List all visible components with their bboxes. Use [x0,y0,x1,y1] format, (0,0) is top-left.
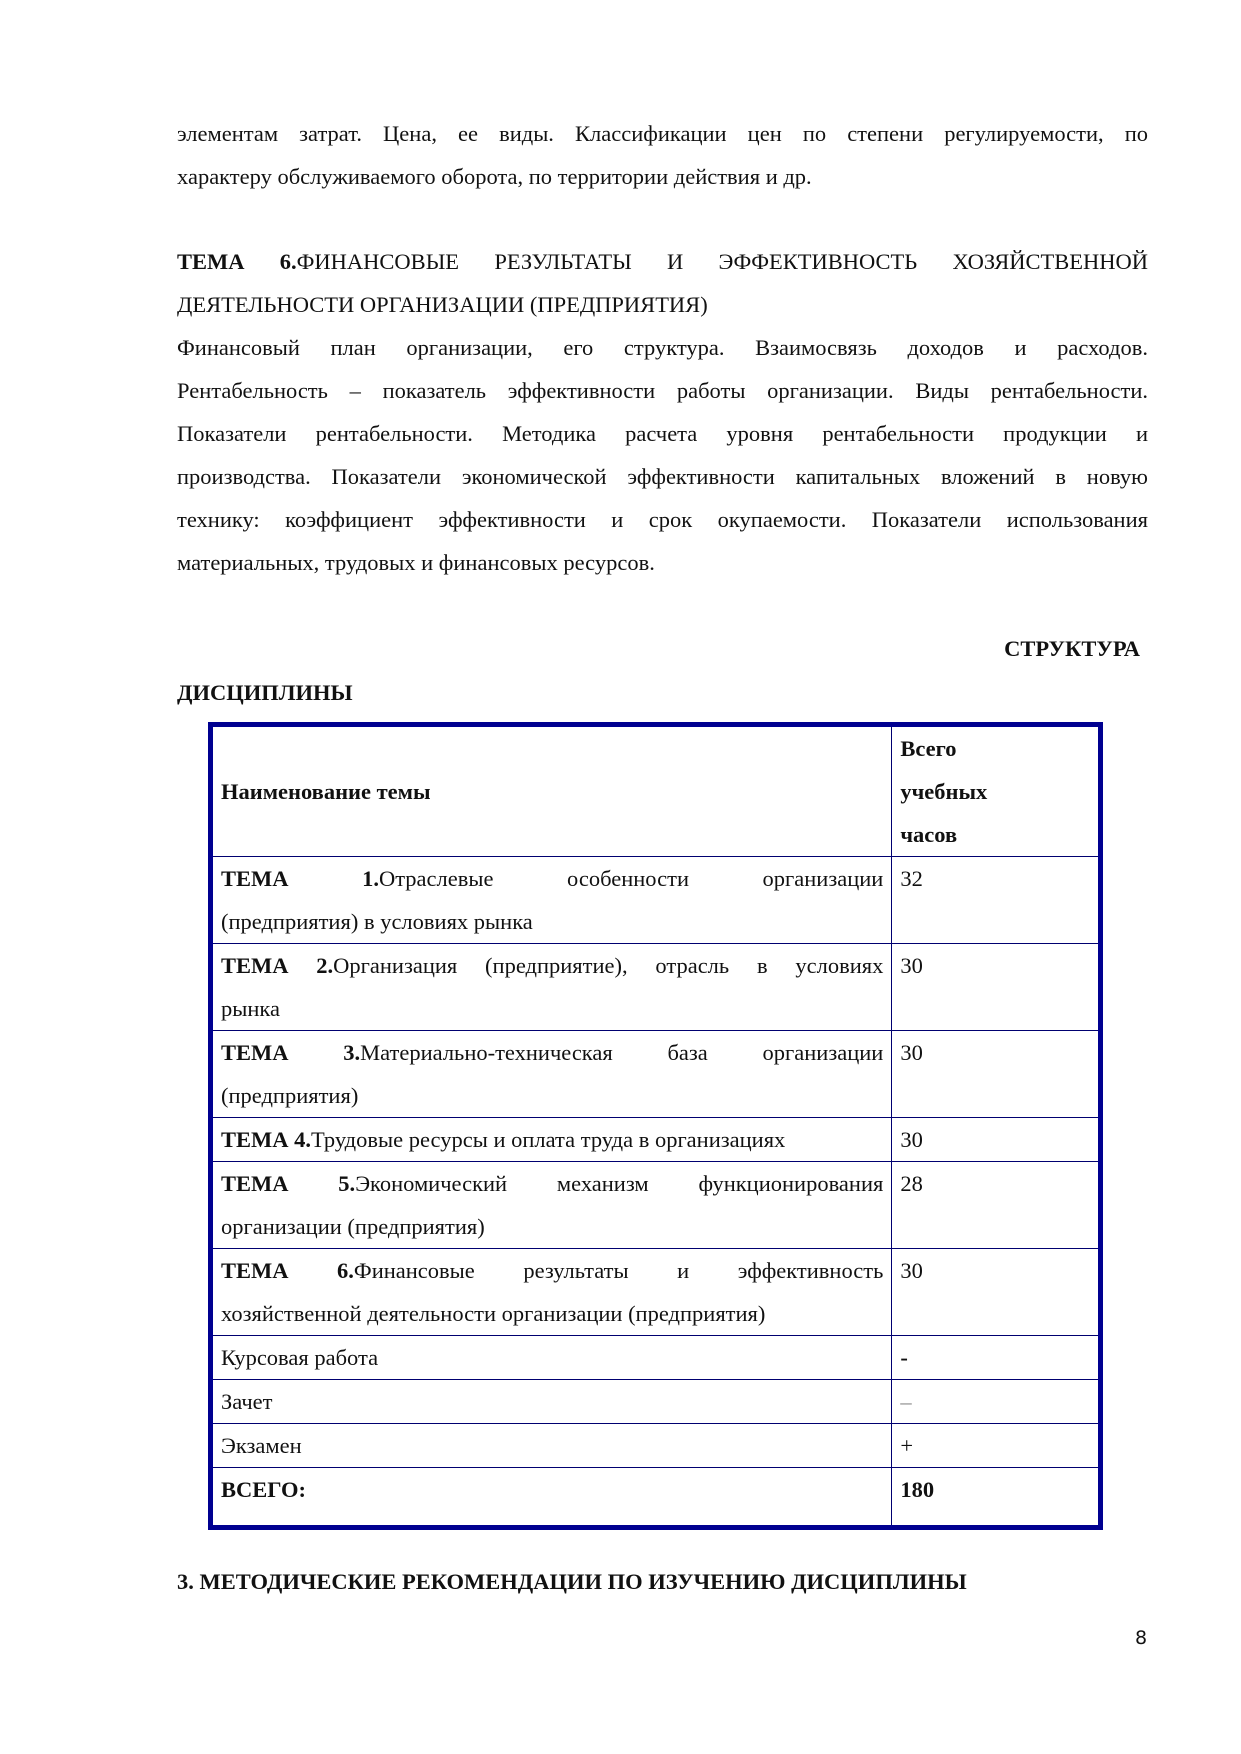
topic-cell: ТЕМА 1.Отраслевые особенности организаци… [211,857,892,944]
text-line: элементам затрат. Цена, ее виды. Классиф… [177,112,1148,155]
table-row: ТЕМА 5.Экономический механизм функционир… [211,1162,1101,1249]
topic-text: Финансовые результаты и эффективность [354,1258,883,1283]
table-row: ТЕМА 4.Трудовые ресурсы и оплата труда в… [211,1118,1101,1162]
text-line: Рентабельность – показатель эффективност… [177,369,1148,412]
topic-label: ТЕМА 3. [221,1040,360,1065]
topic6-title-text: ФИНАНСОВЫЕ РЕЗУЛЬТАТЫ И ЭФФЕКТИВНОСТЬ ХО… [297,249,1148,274]
text-line: производства. Показатели экономической э… [177,455,1148,498]
topic6-label: ТЕМА 6. [177,249,297,274]
topic-cell: ТЕМА 4.Трудовые ресурсы и оплата труда в… [211,1118,892,1162]
topic-cell: ТЕМА 2.Организация (предприятие), отрасл… [211,944,892,1031]
structure-heading-part2: ДИСЦИПЛИНЫ [177,671,353,714]
topic-label: ТЕМА 2. [221,953,333,978]
table-row: ТЕМА 1.Отраслевые особенности организаци… [211,857,1101,944]
total-hours: 180 [892,1468,1101,1528]
hours-cell: 30 [892,1118,1101,1162]
header-hours-line: часов [900,813,1090,856]
text-line: технику: коэффициент эффективности и сро… [177,498,1148,541]
topic-line1: ТЕМА 6.Финансовые результаты и эффективн… [221,1249,883,1292]
topic-label: ТЕМА 6. [221,1258,354,1283]
structure-heading-part1: СТРУКТУРА [1004,627,1140,670]
topic6-title-line2: ДЕЯТЕЛЬНОСТИ ОРГАНИЗАЦИИ (ПРЕДПРИЯТИЯ) [177,283,1148,326]
table-row-exam: Экзамен + [211,1424,1101,1468]
topic-line2: (предприятия) в условиях рынка [221,900,883,943]
text-line: Финансовый план организации, его структу… [177,326,1148,369]
discipline-structure-table: Наименование темы Всего учебных часов ТЕ… [208,722,1103,1530]
hours-cell: 30 [892,1249,1101,1336]
hours-cell: 28 [892,1162,1101,1249]
hours-cell: - [892,1336,1101,1380]
topic-line2: (предприятия) [221,1074,883,1117]
table-row: ТЕМА 2.Организация (предприятие), отрасл… [211,944,1101,1031]
header-hours: Всего учебных часов [892,725,1101,857]
topic-line2: организации (предприятия) [221,1205,883,1248]
hours-cell: 32 [892,857,1101,944]
topic6-heading: ТЕМА 6.ФИНАНСОВЫЕ РЕЗУЛЬТАТЫ И ЭФФЕКТИВН… [177,240,1148,326]
topic-line1: ТЕМА 1.Отраслевые особенности организаци… [221,857,883,900]
hours-cell: 30 [892,944,1101,1031]
topic-cell: ТЕМА 6.Финансовые результаты и эффективн… [211,1249,892,1336]
table-row-coursework: Курсовая работа - [211,1336,1101,1380]
table-row: ТЕМА 6.Финансовые результаты и эффективн… [211,1249,1101,1336]
total-label: ВСЕГО: [211,1468,892,1528]
topic-cell: ТЕМА 5.Экономический механизм функционир… [211,1162,892,1249]
text-line: характеру обслуживаемого оборота, по тер… [177,155,1148,198]
topic-line1: ТЕМА 2.Организация (предприятие), отрасл… [221,944,883,987]
topic-line2: рынка [221,987,883,1030]
topic-text: Организация (предприятие), отрасль в усл… [333,953,883,978]
page-number: 8 [1135,1627,1147,1649]
topic-line1: ТЕМА 3.Материально-техническая база орга… [221,1031,883,1074]
topic-text: Трудовые ресурсы и оплата труда в органи… [311,1127,785,1152]
topic-line1: ТЕМА 5.Экономический механизм функционир… [221,1162,883,1205]
section3-heading: 3. МЕТОДИЧЕСКИЕ РЕКОМЕНДАЦИИ ПО ИЗУЧЕНИЮ… [177,1560,967,1603]
table-row-credit: Зачет – [211,1380,1101,1424]
row-label: Курсовая работа [211,1336,892,1380]
text-line: Показатели рентабельности. Методика расч… [177,412,1148,455]
row-label: Зачет [211,1380,892,1424]
row-label: Экзамен [211,1424,892,1468]
topic-text: Отраслевые особенности организации [379,866,883,891]
hours-cell: 30 [892,1031,1101,1118]
hours-cell: – [892,1380,1101,1424]
header-hours-line: Всего [900,727,1090,770]
hours-cell: + [892,1424,1101,1468]
table-row: ТЕМА 3.Материально-техническая база орга… [211,1031,1101,1118]
table-header-row: Наименование темы Всего учебных часов [211,725,1101,857]
topic-text: Экономический механизм функционирования [355,1171,883,1196]
topic-line2: хозяйственной деятельности организации (… [221,1292,883,1335]
topic6-title-line1: ТЕМА 6.ФИНАНСОВЫЕ РЕЗУЛЬТАТЫ И ЭФФЕКТИВН… [177,240,1148,283]
table-row-total: ВСЕГО: 180 [211,1468,1101,1528]
header-hours-line: учебных [900,770,1090,813]
topic-text: Материально-техническая база организации [360,1040,883,1065]
intro-paragraph: элементам затрат. Цена, ее виды. Классиф… [177,112,1148,198]
topic-label: ТЕМА 1. [221,866,379,891]
topic-label: ТЕМА 5. [221,1171,355,1196]
topic6-body: Финансовый план организации, его структу… [177,326,1148,584]
topic-line1: ТЕМА 4.Трудовые ресурсы и оплата труда в… [221,1118,883,1161]
text-line: материальных, трудовых и финансовых ресу… [177,541,1148,584]
document-page: элементам затрат. Цена, ее виды. Классиф… [0,0,1241,1754]
header-topic-name: Наименование темы [211,725,892,857]
topic-label: ТЕМА 4. [221,1127,311,1152]
topic-cell: ТЕМА 3.Материально-техническая база орга… [211,1031,892,1118]
